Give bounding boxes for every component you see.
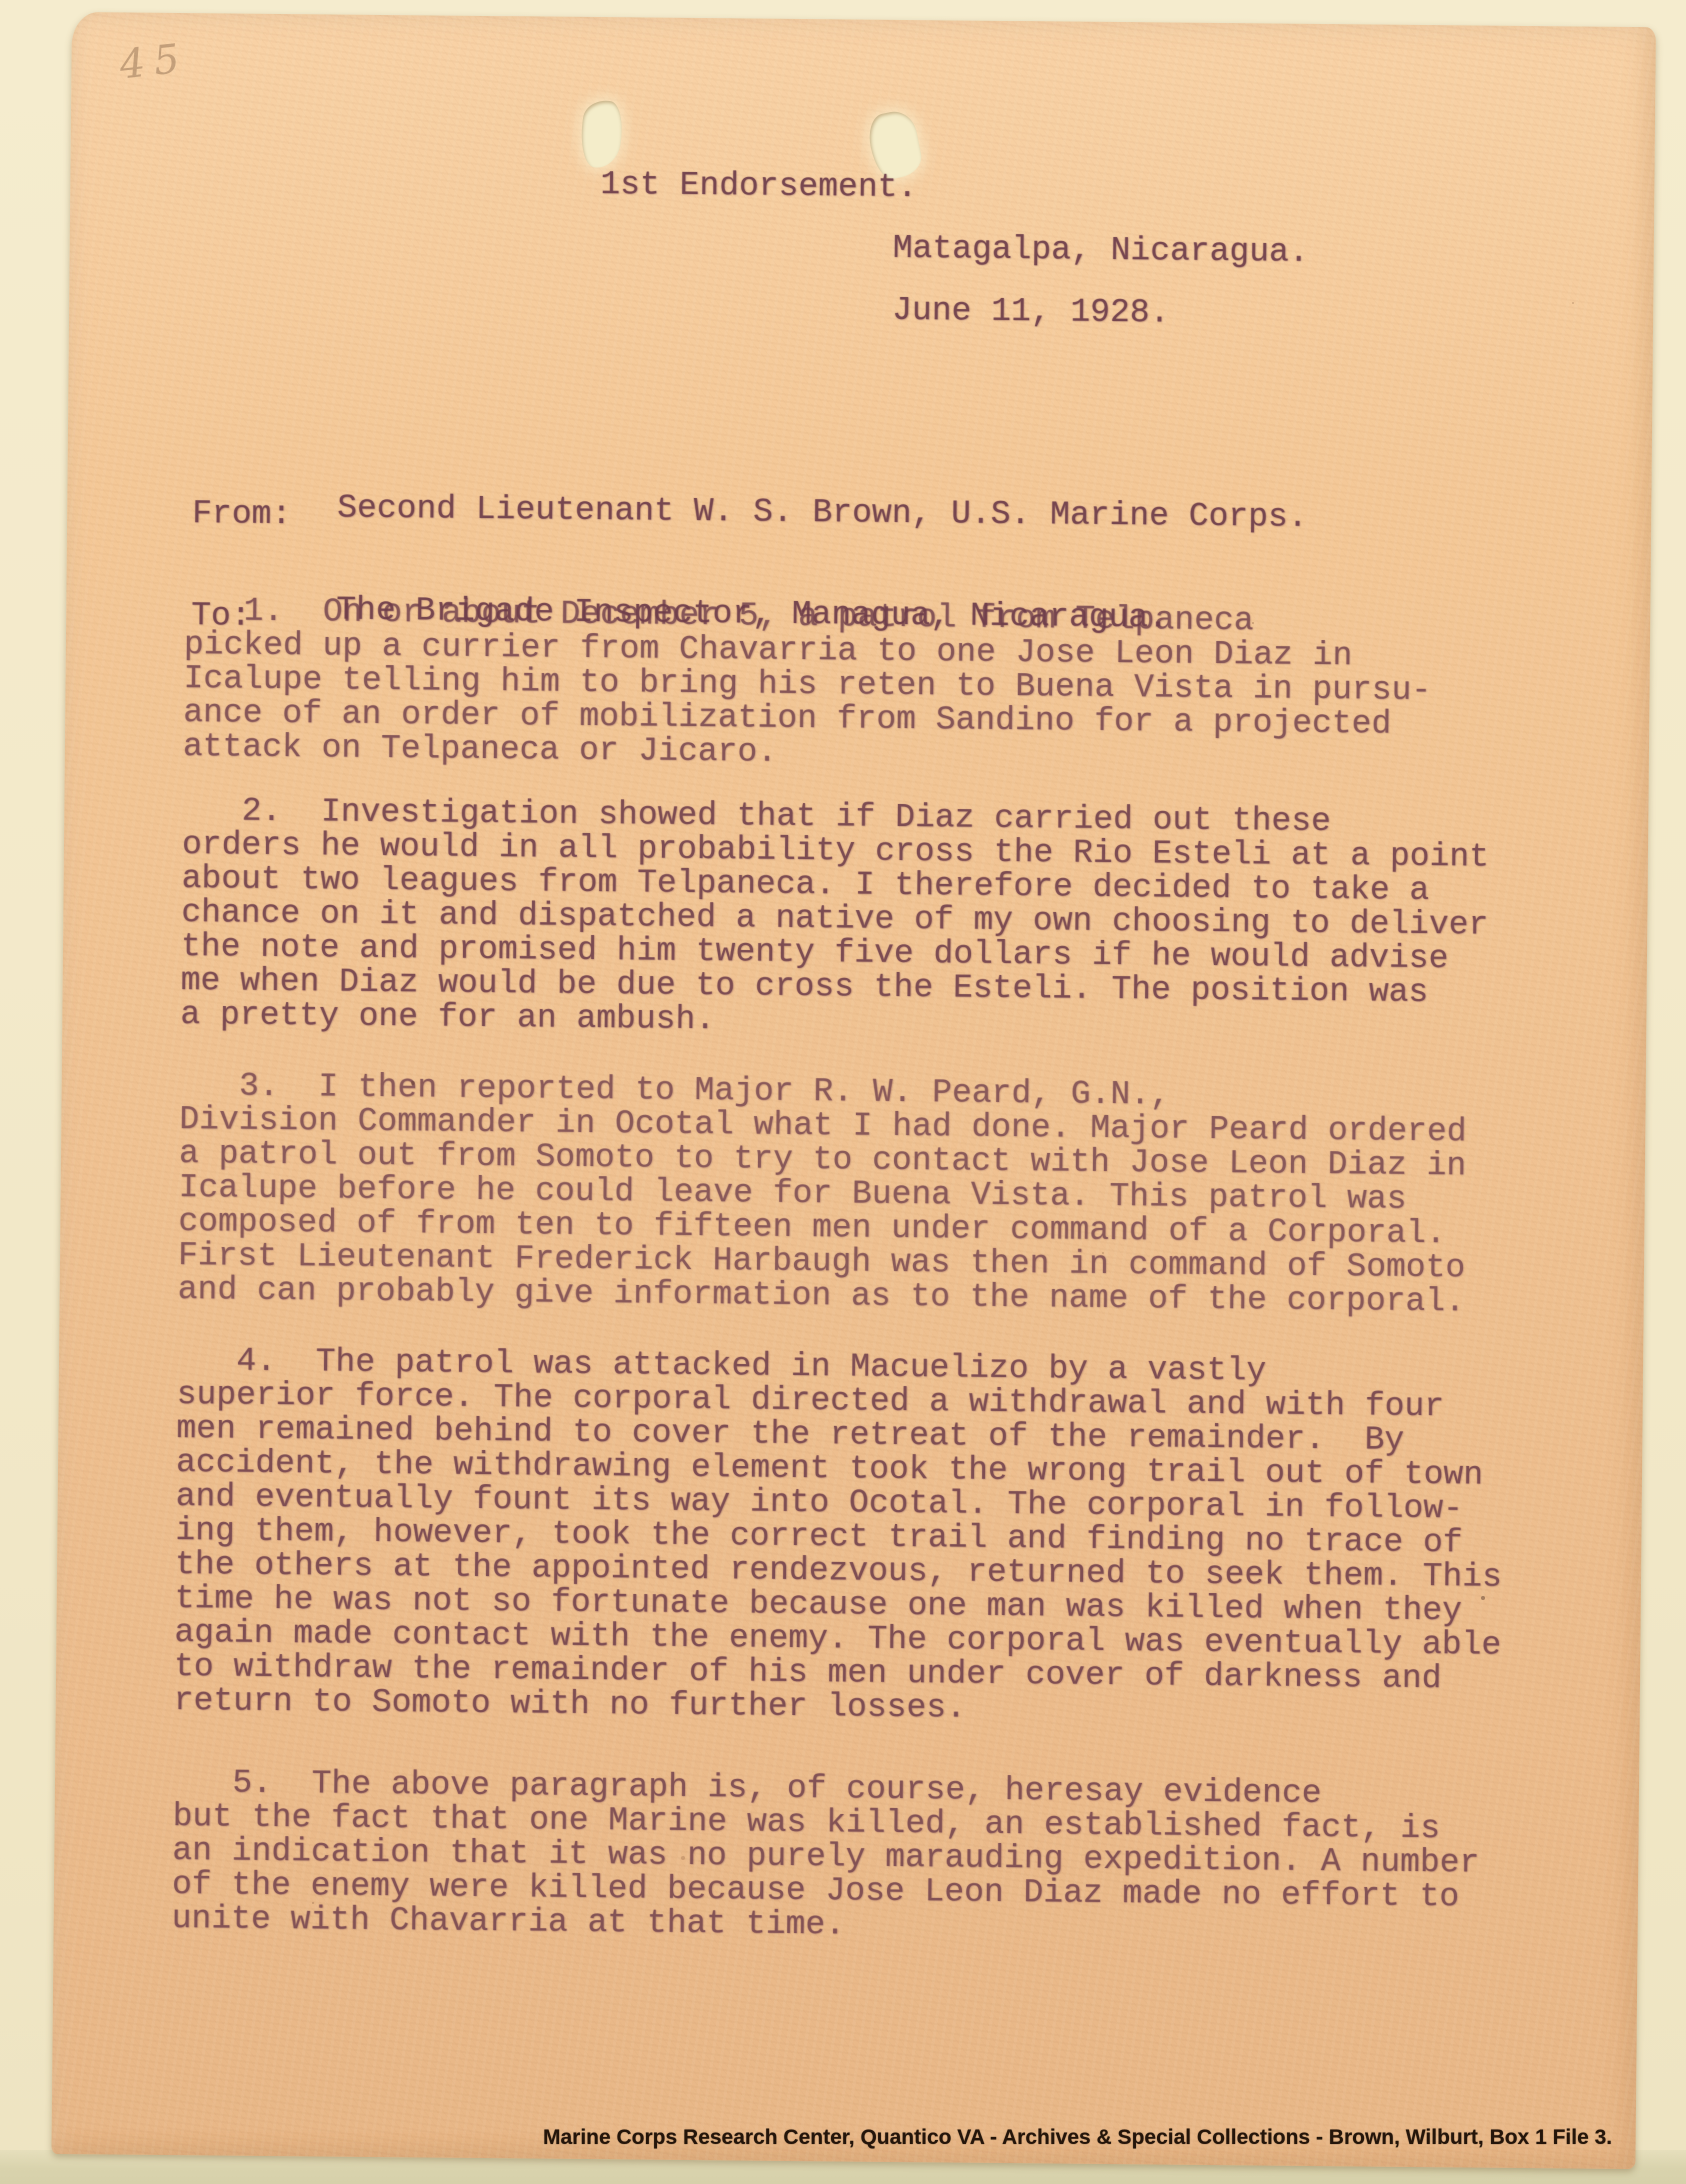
date-line: June 11, 1928. [892, 294, 1170, 331]
paragraph-4: 4. The patrol was attacked in Macuelizo … [174, 1344, 1504, 1731]
paragraph-5: 5. The above paragraph is, of course, he… [172, 1766, 1481, 1949]
from-label: From: [192, 497, 291, 532]
paragraph-1: 1. On or about December 5, a patrol from… [183, 594, 1432, 776]
place-line: Matagalpa, Nicaragua. [893, 232, 1309, 270]
paragraph-2: 2. Investigation showed that if Diaz car… [180, 794, 1489, 1045]
endorsement-heading: 1st Endorsement. [600, 168, 917, 205]
paragraph-3: 3. I then reported to Major R. W. Peard,… [178, 1069, 1467, 1319]
scanned-document: { "scan": { "pencil_mark": "45", "captio… [0, 0, 1686, 2184]
paper-tear-hole-left [576, 97, 627, 170]
document-page: 45 1st Endorsement. Matagalpa, Nicaragua… [51, 12, 1655, 2169]
archive-caption: Marine Corps Research Center, Quantico V… [543, 2126, 1612, 2150]
pencil-annotation: 45 [117, 35, 191, 88]
dust-specks [0, 0, 2, 2]
from-value: Second Lieutenant W. S. Brown, U.S. Mari… [337, 492, 1308, 535]
